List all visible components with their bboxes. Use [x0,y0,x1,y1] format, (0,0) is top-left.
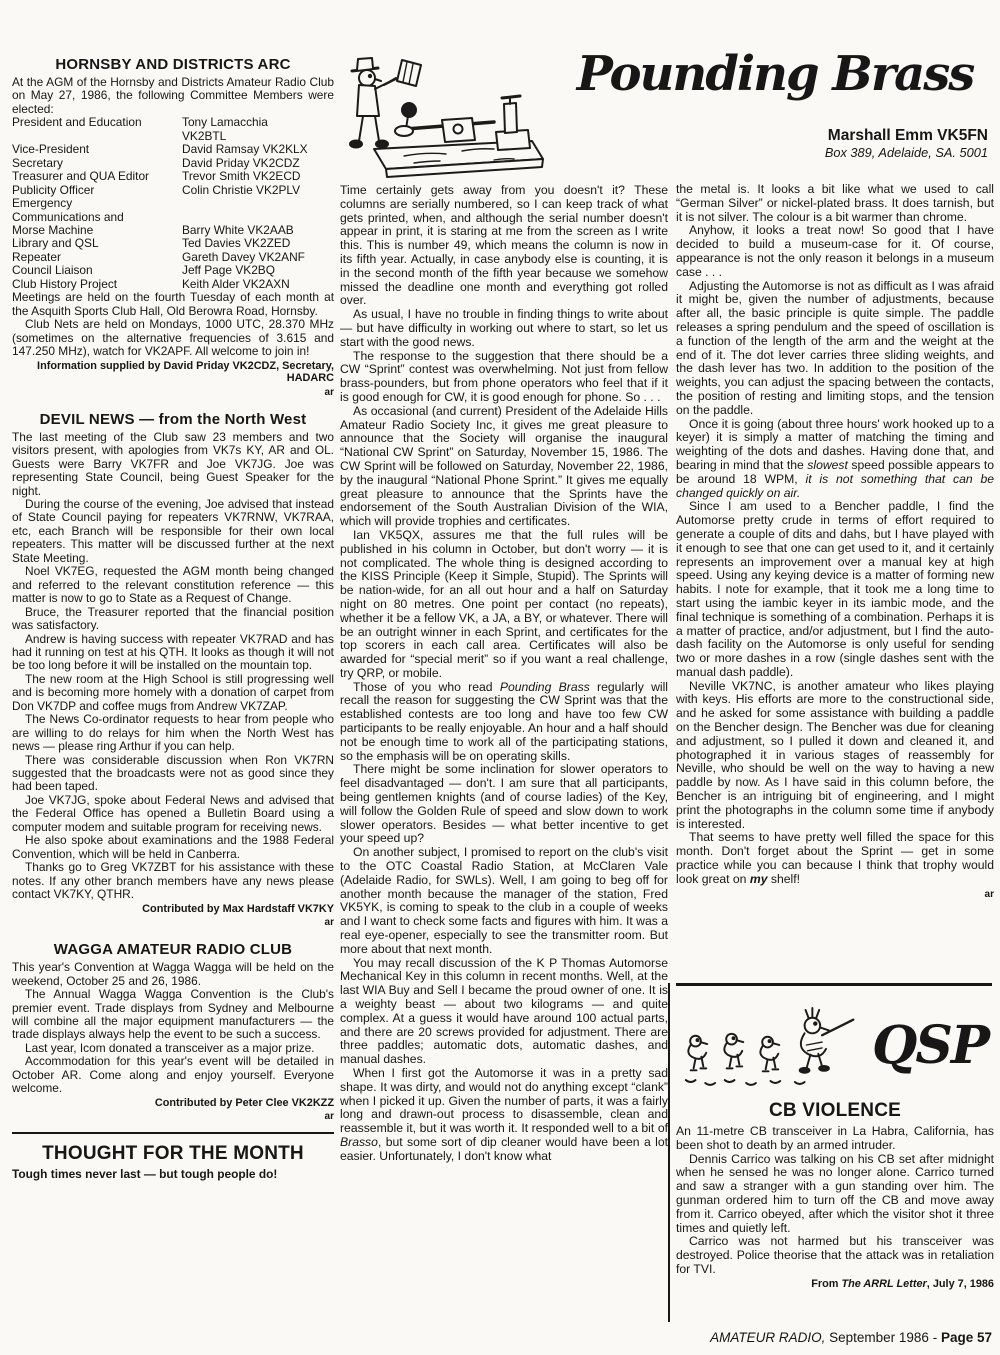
paragraph: Meetings are held on the fourth Tuesday … [12,291,334,318]
paragraph: Time certainly gets away from you doesn'… [340,184,668,308]
end-mark: ar [12,1111,334,1122]
committee-row: Vice-PresidentDavid Ramsay VK2KLX [12,143,334,156]
hornsby-body: Meetings are held on the fourth Tuesday … [12,291,334,397]
committee-role: Secretary [12,157,182,170]
qsp-logo: QSP [872,1015,992,1076]
end-mark: ar [12,917,334,928]
pounding-brass-column-2: the metal is. It looks a bit like what w… [676,183,994,900]
committee-role: Library and QSL [12,237,182,250]
paragraph: On another subject, I promised to report… [340,846,668,956]
text-segment: The ARRL Letter [841,1278,926,1290]
page-number: Page 57 [941,1330,992,1345]
paragraph: An 11-metre CB transceiver in La Habra, … [676,1125,994,1153]
text-segment: Pounding Brass [500,680,590,694]
author-name: Marshall Emm VK5FN [664,127,988,145]
text-segment: Tough times never last — but tough peopl… [12,1167,277,1181]
paragraph: As occasional (and current) President of… [340,405,668,529]
committee-name: Keith Alder VK2AXN [182,278,334,291]
committee-role: Vice-President [12,143,182,156]
magazine-page: HORNSBY AND DISTRICTS ARC At the AGM of … [0,0,1000,1355]
committee-name: Trevor Smith VK2ECD [182,170,334,183]
paragraph: Neville VK7NC, is another amateur who li… [676,680,994,832]
committee-row: Council LiaisonJeff Page VK2BQ [12,264,334,277]
committee-name: David Priday VK2CDZ [182,157,334,170]
paragraph: The last meeting of the Club saw 23 memb… [12,431,334,498]
committee-row: Publicity OfficerColin Christie VK2PLV [12,184,334,197]
text-segment: Brasso [340,1135,378,1149]
committee-role: President and Education [12,116,182,143]
committee-name: David Ramsay VK2KLX [182,143,334,156]
committee-name: Ted Davies VK2ZED [182,237,334,250]
paragraph: Noel VK7EG, requested the AGM month bein… [12,565,334,605]
committee-row: Treasurer and QUA EditorTrevor Smith VK2… [12,170,334,183]
committee-name: Gareth Davey VK2ANF [182,251,334,264]
paragraph: Andrew is having success with repeater V… [12,633,334,673]
paragraph: There might be some inclination for slow… [340,763,668,846]
committee-role: Council Liaison [12,264,182,277]
thought-for-the-month: THOUGHT FOR THE MONTH Tough times never … [12,1132,334,1181]
paragraph: Those of you who read Pounding Brass reg… [340,681,668,764]
text-segment: slowest [807,458,848,472]
paragraph: Anyhow, it looks a treat now! So good th… [676,224,994,279]
section-divider-horizontal [676,983,992,986]
paragraph: At the AGM of the Hornsby and Districts … [12,76,334,116]
wagga-body: This year's Convention at Wagga Wagga wi… [12,961,334,1122]
paragraph: Dennis Carrico was talking on his CB set… [676,1153,994,1236]
committee-role: Repeater [12,251,182,264]
left-column: HORNSBY AND DISTRICTS ARC At the AGM of … [12,56,334,1182]
hornsby-intro: At the AGM of the Hornsby and Districts … [12,76,334,116]
right-column: the metal is. It looks a bit like what w… [676,183,994,900]
committee-role: Club History Project [12,278,182,291]
thought-title: THOUGHT FOR THE MONTH [12,1143,334,1165]
paragraph: Thanks go to Greg VK7ZBT for his assista… [12,861,334,901]
credit-line: Information supplied by David Priday VK2… [12,360,334,385]
paragraph: That seems to have pretty well filled th… [676,831,994,886]
committee-row: SecretaryDavid Priday VK2CDZ [12,157,334,170]
footer-issue: September 1986 - [825,1330,941,1345]
text-segment: my [750,872,768,886]
qsp-cartoon [678,996,863,1094]
paragraph: The News Co-ordinator requests to hear f… [12,713,334,753]
cb-violence-body: An 11-metre CB transceiver in La Habra, … [676,1125,994,1290]
paragraph: He also spoke about examinations and the… [12,834,334,861]
paragraph: The Annual Wagga Wagga Convention is the… [12,988,334,1042]
committee-row: President and EducationTony Lamacchia VK… [12,116,334,143]
paragraph: You may recall discussion of the K P Tho… [340,957,668,1067]
wagga-title: WAGGA AMATEUR RADIO CLUB [12,941,334,958]
committee-name: Colin Christie VK2PLV [182,184,334,197]
thought-body: Tough times never last — but tough peopl… [12,1168,334,1181]
paragraph: Club Nets are held on Mondays, 1000 UTC,… [12,318,334,358]
devil-news-title: DEVIL NEWS — from the North West [12,411,334,428]
paragraph: This year's Convention at Wagga Wagga wi… [12,961,334,988]
credit-line: From The ARRL Letter, July 7, 1986 [676,1278,994,1291]
paragraph: Once it is going (about three hours' wor… [676,418,994,501]
committee-role: Treasurer and QUA Editor [12,170,182,183]
paragraph: Adjusting the Automorse is not as diffic… [676,280,994,418]
devil-news-body: The last meeting of the Club saw 23 memb… [12,431,334,928]
pounding-brass-byline: Marshall Emm VK5FN Box 389, Adelaide, SA… [664,127,988,160]
committee-name: Tony Lamacchia VK2BTL [182,116,334,143]
paragraph: Carrico was not harmed but his transceiv… [676,1235,994,1276]
paragraph: Accommodation for this year's event will… [12,1055,334,1095]
pounding-brass-title: Pounding Brass [552,46,998,102]
pounding-brass-column-1: Time certainly gets away from you doesn'… [340,184,668,1164]
magazine-name: AMATEUR RADIO, [710,1330,825,1345]
paragraph: Ian VK5QX, assures me that the full rule… [340,529,668,681]
column-divider-vertical [668,983,670,1322]
cb-violence-article: CB VIOLENCE An 11-metre CB transceiver i… [676,1100,994,1290]
paragraph: Last year, Icom donated a transceiver as… [12,1042,334,1055]
qsp-section: QSP [678,996,992,1094]
committee-list: President and EducationTony Lamacchia VK… [12,116,334,291]
hornsby-title: HORNSBY AND DISTRICTS ARC [12,56,334,73]
committee-role: Publicity Officer [12,184,182,197]
paragraph: There was considerable discussion when R… [12,754,334,794]
committee-row: RepeaterGareth Davey VK2ANF [12,251,334,264]
end-mark: ar [12,387,334,398]
paragraph: The response to the suggestion that ther… [340,350,668,405]
paragraph: Joe VK7JG, spoke about Federal News and … [12,794,334,834]
paragraph: Bruce, the Treasurer reported that the f… [12,606,334,633]
paragraph: Tough times never last — but tough peopl… [12,1168,334,1181]
end-mark: ar [676,889,994,900]
middle-column: Time certainly gets away from you doesn'… [340,184,668,1164]
author-address: Box 389, Adelaide, SA. 5001 [664,145,988,160]
morse-key-cartoon [344,52,559,180]
text-segment: it is not something that can be changed … [676,472,994,500]
committee-row: Emergency Communications and Morse Machi… [12,197,334,237]
paragraph: Since I am used to a Bencher paddle, I f… [676,500,994,679]
committee-name: Barry White VK2AAB [182,224,334,237]
paragraph: During the course of the evening, Joe ad… [12,498,334,565]
credit-line: Contributed by Max Hardstaff VK7KY [12,903,334,916]
committee-row: Library and QSLTed Davies VK2ZED [12,237,334,250]
committee-row: Club History ProjectKeith Alder VK2AXN [12,278,334,291]
committee-name: Jeff Page VK2BQ [182,264,334,277]
credit-line: Contributed by Peter Clee VK2KZZ [12,1097,334,1110]
paragraph: The new room at the High School is still… [12,673,334,713]
cb-violence-title: CB VIOLENCE [676,1100,994,1122]
page-footer: AMATEUR RADIO, September 1986 - Page 57 [540,1330,992,1345]
paragraph: the metal is. It looks a bit like what w… [676,183,994,224]
committee-role: Emergency Communications and Morse Machi… [12,197,182,237]
paragraph: When I first got the Automorse it was in… [340,1067,668,1164]
paragraph: As usual, I have no trouble in finding t… [340,308,668,349]
